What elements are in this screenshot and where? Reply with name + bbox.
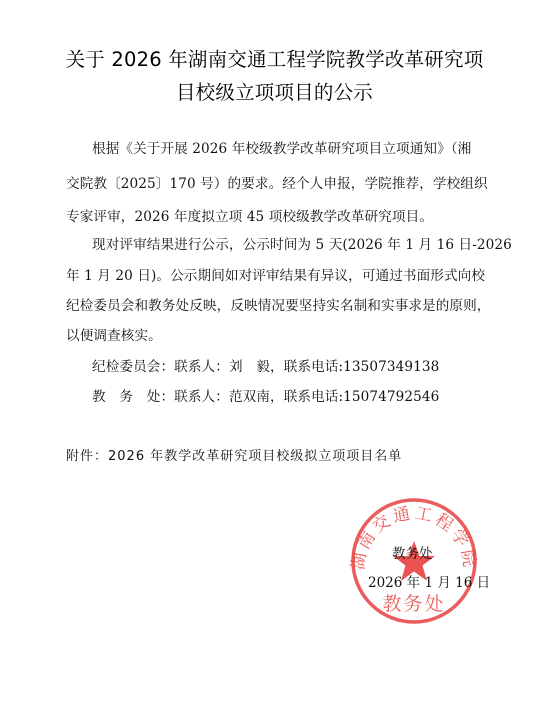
contact-dept: 教 务 处： (92, 389, 174, 405)
contact-row: 纪检委员会：联系人：刘 毅，联系电话:13507349138 (92, 355, 439, 375)
contact-info: 联系人：范双南，联系电话:15074792546 (174, 389, 439, 405)
contact-dept: 纪检委员会： (92, 359, 174, 375)
title-line-1: 关于 2026 年湖南交通工程学院教学改革研究项 (0, 44, 549, 72)
attachment-note: 附件：2026 年教学改革研究项目校级拟立项项目名单 (66, 445, 402, 464)
title-line-2: 目校级立项项目的公示 (0, 77, 549, 105)
svg-text:教务处: 教务处 (382, 593, 445, 615)
contact-row: 教 务 处：联系人：范双南，联系电话:15074792546 (92, 385, 439, 405)
paragraph-2-line-2: 年 1 月 20 日)。公示期间如对评审结果有异议，可通过书面形式向校 (66, 264, 485, 284)
paragraph-1-line-1: 根据《关于开展 2026 年校级教学改革研究项目立项通知》（湘 (92, 137, 471, 157)
contact-info: 联系人：刘 毅，联系电话:13507349138 (174, 359, 439, 375)
paragraph-1-line-2: 交院教〔2025〕170 号）的要求。经个人申报，学院推荐，学校组织 (66, 172, 488, 192)
signature-issuer: 教务处 (392, 542, 433, 562)
paragraph-2-line-3: 纪检委员会和教务处反映，反映情况要坚持实名制和实事求是的原则， (66, 294, 491, 314)
paragraph-1-line-3: 专家评审，2026 年度拟立项 45 项校级教学改革研究项目。 (66, 205, 433, 225)
paragraph-2-line-4: 以便调查核实。 (66, 324, 162, 344)
signature-date: 2026 年 1 月 16 日 (368, 571, 490, 591)
paragraph-2-line-1: 现对评审结果进行公示，公示时间为 5 天(2026 年 1 月 16 日-202… (92, 233, 512, 253)
